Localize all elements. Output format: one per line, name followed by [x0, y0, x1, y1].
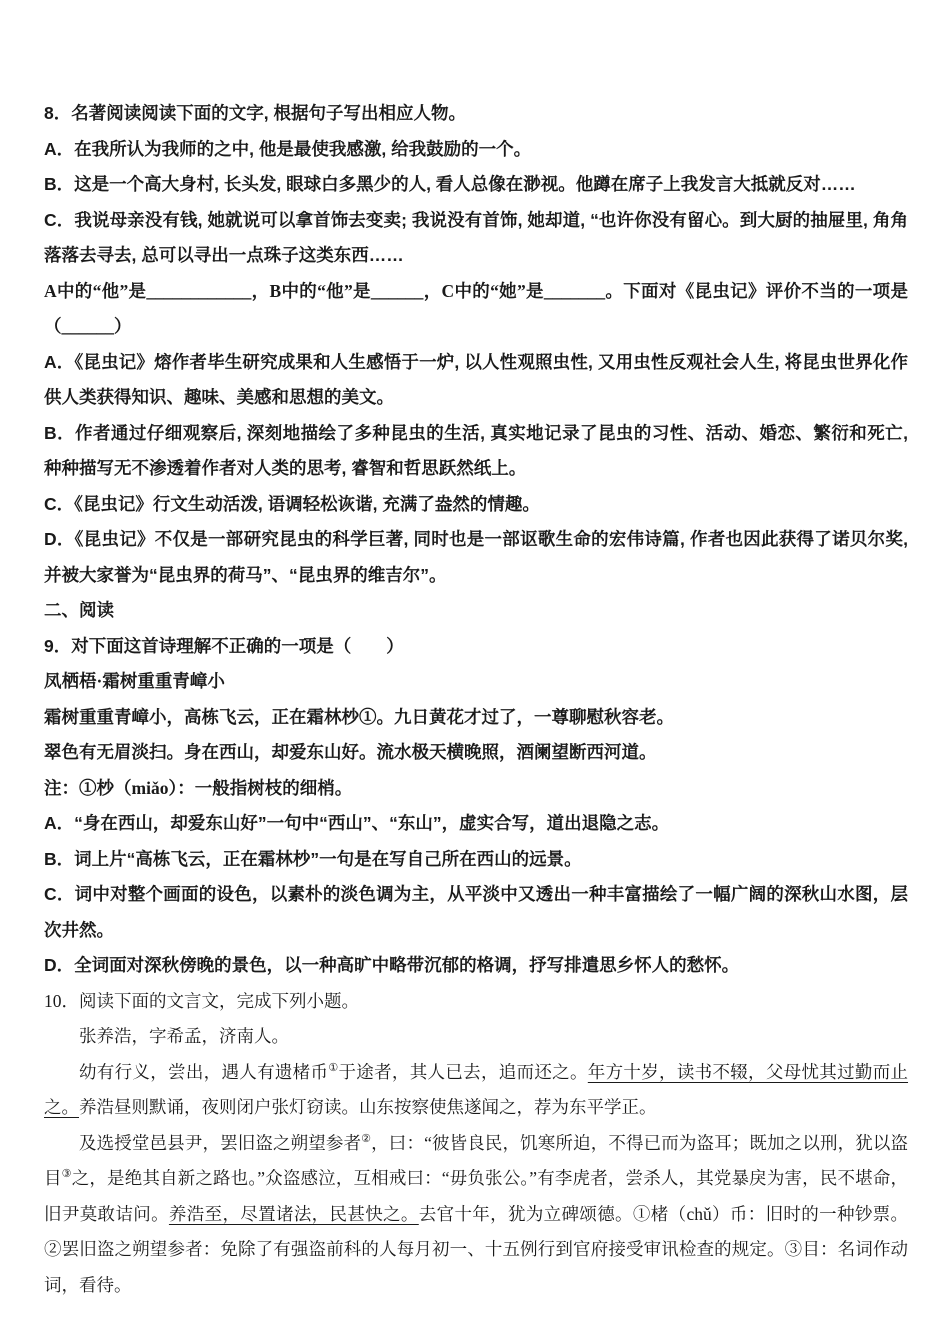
q10-p2-run-3: 养浩昼则默诵，夜则闭户张灯窃读。山东按察使焦遂闻之，荐为东平学正。 [79, 1097, 657, 1117]
q9-option-b: B．词上片“高栋飞云，正在霜林杪”一句是在写自己所在西山的远景。 [44, 842, 908, 878]
footnote-marker-2: ② [361, 1133, 371, 1145]
q10-stem: 10．阅读下面的文言文，完成下列小题。 [44, 984, 908, 1020]
q10-paragraph-3: 及选授堂邑县尹，罢旧盗之朔望参者②，曰：“彼皆良民，饥寒所迫，不得已而为盗耳；既… [44, 1126, 908, 1304]
q9-poem-title: 凤栖梧·霜树重重青嶂小 [44, 664, 908, 700]
q8-option-a: A．《昆虫记》熔作者毕生研究成果和人生感悟于一炉, 以人性观照虫性, 又用虫性反… [44, 345, 908, 416]
q9-option-a: A．“身在西山，却爱东山好”一句中“西山”、“东山”，虚实合写，道出退隐之志。 [44, 806, 908, 842]
q9-poem-line-2: 翠色有无眉淡扫。身在西山，却爱东山好。流水极天横晚照，酒阑望断西河道。 [44, 735, 908, 771]
q10-p2-run-2: 于途者，其人已去，追而还之。 [338, 1062, 587, 1082]
q8-option-c: C．《昆虫记》行文生动活泼, 语调轻松诙谐, 充满了盎然的情趣。 [44, 487, 908, 523]
q9-stem: 9．对下面这首诗理解不正确的一项是（ ） [44, 629, 908, 665]
footnote-marker-3: ③ [62, 1168, 72, 1180]
section2-header: 二、阅读 [44, 593, 908, 629]
q8-option-d: D．《昆虫记》不仅是一部研究昆虫的科学巨著, 同时也是一部讴歌生命的宏伟诗篇, … [44, 522, 908, 593]
q8-passage-b: B．这是一个高大身村, 长头发, 眼球白多黑少的人, 看人总像在渺视。他蹲在席子… [44, 167, 908, 203]
q8-blanks-line: A中的“他”是____________，B中的“他”是______，C中的“她”… [44, 274, 908, 345]
q10-paragraph-1: 张养浩，字希孟，济南人。 [44, 1019, 908, 1055]
q8-option-b: B．作者通过仔细观察后, 深刻地描绘了多种昆虫的生活, 真实地记录了昆虫的习性、… [44, 416, 908, 487]
q8-stem: 8．名著阅读阅读下面的文字, 根据句子写出相应人物。 [44, 96, 908, 132]
q10-p3-run-4: 去官十年，犹为立碑颂德。 [419, 1204, 633, 1224]
q8-passage-a: A．在我所认为我师的之中, 他是最使我感激, 给我鼓励的一个。 [44, 132, 908, 168]
q10-p3-underlined-sentence: 养浩至，尽置诸法，民甚快之。 [169, 1204, 419, 1224]
q10-p3-run-1: 及选授堂邑县尹，罢旧盗之朔望参者 [79, 1133, 361, 1153]
footnote-marker-1: ① [328, 1062, 338, 1074]
q8-passage-c: C．我说母亲没有钱, 她就说可以拿首饰去变卖; 我说没有首饰, 她却道, “也许… [44, 203, 908, 274]
exam-page: 8．名著阅读阅读下面的文字, 根据句子写出相应人物。 A．在我所认为我师的之中,… [0, 0, 950, 1344]
q9-poem-note: 注：①杪（miǎo）：一般指树枝的细梢。 [44, 771, 908, 807]
q10-paragraph-2: 幼有行义，尝出，遇人有遗楮币①于途者，其人已去，追而还之。年方十岁，读书不辍，父… [44, 1055, 908, 1126]
q9-option-d: D．全词面对深秋傍晚的景色，以一种高旷中略带沉郁的格调，抒写排遣思乡怀人的愁怀。 [44, 948, 908, 984]
q9-option-c: C．词中对整个画面的设色，以素朴的淡色调为主，从平淡中又透出一种丰富描绘了一幅广… [44, 877, 908, 948]
q9-poem-line-1: 霜树重重青嶂小，高栋飞云，正在霜林杪①。九日黄花才过了，一尊聊慰秋容老。 [44, 700, 908, 736]
q10-p2-run-1: 幼有行义，尝出，遇人有遗楮币 [79, 1062, 328, 1082]
